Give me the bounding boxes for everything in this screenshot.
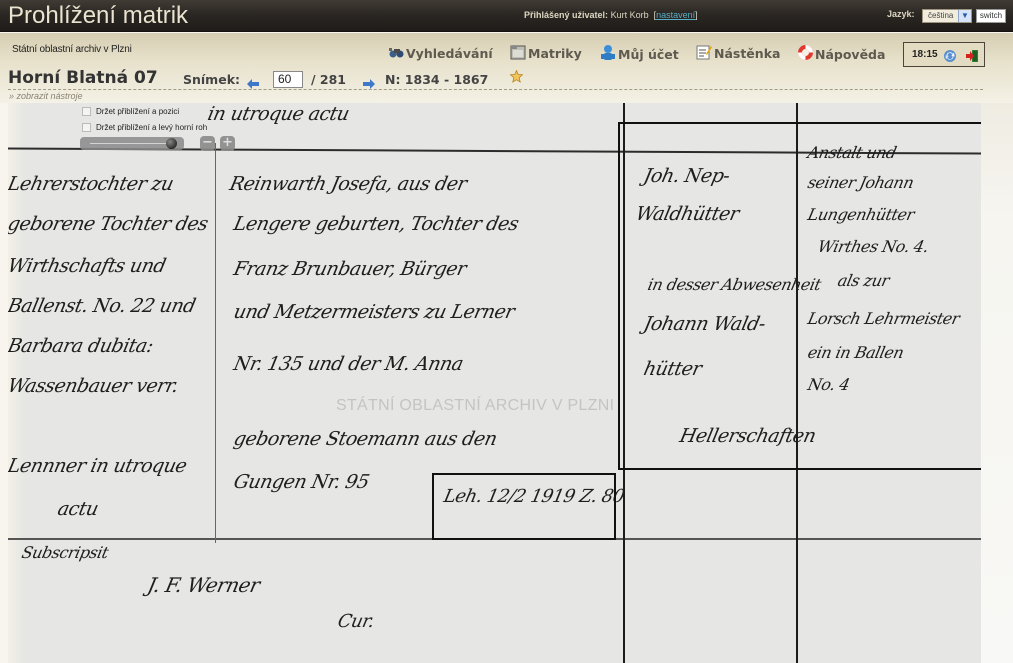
nav-my-account[interactable]: Můj účet	[600, 44, 679, 64]
previous-frame-arrow-icon[interactable]	[247, 74, 259, 84]
frame-total: / 281	[311, 72, 346, 87]
chevron-down-icon: ▼	[958, 10, 971, 22]
document-image-viewer[interactable]: in utroque actu Lehrerstochter zu gebore…	[8, 103, 981, 663]
nav-registers-label: Matriky	[528, 46, 582, 61]
watermark: STÁTNÍ OBLASTNÍ ARCHIV V PLZNI	[336, 397, 614, 415]
handwriting: Barbara dubita:	[8, 335, 155, 357]
handwriting: Gungen Nr. 95	[232, 471, 371, 493]
zoom-slider[interactable]	[80, 137, 184, 150]
session-box: 18:15	[903, 42, 985, 67]
header: Státní oblastní archiv v Plzni Vyhledává…	[0, 33, 1013, 103]
handwriting: J. F. Werner	[145, 573, 261, 597]
folder-icon	[510, 45, 527, 60]
user-name: Kurt Korb	[611, 10, 649, 20]
register-column-line	[215, 143, 216, 543]
show-tools-link[interactable]: » zobrazit nástroje	[9, 91, 83, 101]
zoom-out-button[interactable]: −	[200, 136, 215, 151]
nav-search-label: Vyhledávání	[406, 46, 493, 61]
switch-language-button[interactable]: switch	[976, 9, 1006, 23]
handwriting: Wassenbauer verr.	[8, 375, 180, 397]
notepad-icon	[696, 44, 713, 59]
next-frame-arrow-icon[interactable]	[363, 74, 375, 84]
handwriting: Wirthschafts und	[8, 255, 168, 277]
page-title: Horní Blatná 07	[8, 68, 158, 88]
keep-zoom-position-checkbox[interactable]	[82, 107, 91, 116]
user-icon	[600, 44, 617, 59]
year-range: N: 1834 - 1867	[385, 72, 488, 87]
refresh-icon[interactable]	[943, 48, 957, 67]
settings-link[interactable]: nastavení	[656, 10, 695, 20]
annotation-box-note	[432, 473, 616, 540]
lifebuoy-icon	[797, 44, 814, 59]
binoculars-icon	[388, 46, 405, 61]
handwriting: Franz Brunbauer, Bürger	[232, 258, 468, 280]
nav-board[interactable]: Nástěnka	[696, 44, 780, 64]
zoom-slider-handle[interactable]	[166, 138, 177, 149]
zoom-slider-track	[90, 143, 170, 144]
handwriting: in utroque actu	[206, 103, 351, 125]
language-label: Jazyk:	[887, 9, 915, 19]
keep-zoom-topleft-checkbox[interactable]	[82, 123, 91, 132]
handwriting: Reinwarth Josefa, aus der	[228, 173, 469, 195]
annotation-box-godparents	[618, 122, 981, 470]
page-margin	[981, 103, 1013, 663]
frame-label: Snímek:	[183, 72, 240, 87]
handwriting: geborene Tochter des	[8, 213, 210, 235]
keep-zoom-position-label: Držet přiblížení a pozici	[96, 107, 179, 116]
nav-registers[interactable]: Matriky	[510, 44, 582, 64]
handwriting: actu	[56, 498, 101, 520]
handwriting: Cur.	[336, 611, 376, 632]
handwriting: Ballenst. No. 22 und	[8, 295, 197, 317]
nav-board-label: Nástěnka	[714, 46, 780, 61]
zoom-in-button[interactable]: +	[220, 136, 235, 151]
language-select[interactable]: čeština ▼	[922, 9, 972, 23]
handwriting: Subscripsit	[20, 543, 110, 562]
header-divider	[8, 89, 983, 90]
user-info: Přihlášený uživatel: Kurt Korb [nastaven…	[524, 10, 698, 20]
nav-my-account-label: Můj účet	[618, 47, 679, 62]
handwriting: und Metzermeisters zu Lerner	[232, 301, 517, 323]
logout-icon[interactable]	[965, 48, 979, 67]
user-label: Přihlášený uživatel:	[524, 10, 608, 20]
top-bar: Prohlížení matrik Přihlášený uživatel: K…	[0, 0, 1013, 32]
keep-zoom-topleft-label: Držet přiblížení a levý horní roh	[96, 123, 207, 132]
frame-number-input[interactable]: 60	[273, 71, 303, 88]
favorite-star-icon[interactable]	[510, 68, 523, 87]
nav-search[interactable]: Vyhledávání	[388, 44, 493, 64]
archive-name: Státní oblastní archiv v Plzni	[12, 44, 132, 55]
handwriting: Nr. 135 und der M. Anna	[232, 353, 465, 375]
nav-help-label: Nápověda	[815, 47, 885, 62]
nav-help[interactable]: Nápověda	[797, 44, 885, 64]
handwriting: Lehrerstochter zu	[8, 173, 175, 195]
handwriting: Lengere geburten, Tochter des	[232, 213, 521, 235]
handwriting: geborene Stoemann aus den	[232, 428, 499, 450]
handwriting: Lennner in utroque	[8, 455, 189, 477]
session-clock: 18:15	[912, 49, 938, 60]
app-title: Prohlížení matrik	[8, 2, 188, 30]
language-selected: čeština	[928, 11, 953, 20]
